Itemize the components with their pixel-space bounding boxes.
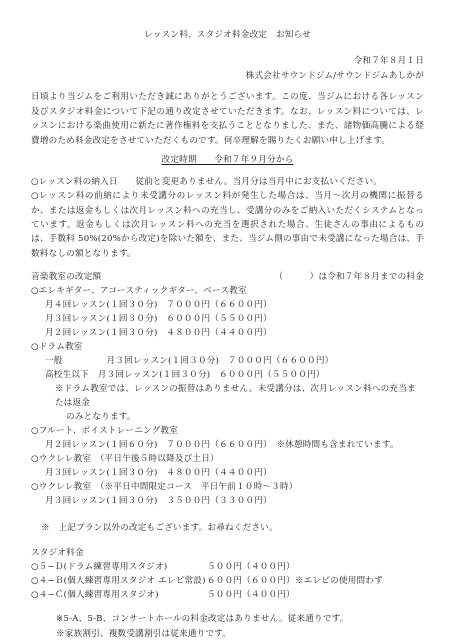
document-title: レッスン料、スタジオ料金改定 お知らせ bbox=[31, 28, 424, 42]
music-line-guitar-2: 月２回レッスン(１回３０分) ４８００円（４４００円） bbox=[31, 326, 424, 340]
payment-note: ○レッスン料の納入日 従前と変更ありません。当月分は当月中にお支払いください。 bbox=[31, 175, 424, 189]
footer-note-halls: ※5-A、5-B、コンサートホールの料金改定はありません。従来通りです。 bbox=[56, 612, 424, 627]
studio-row-4b: ○４−Ｂ(個人練習専用スタジオ エレピ常設) ６００円（６００円）※エレピの使用… bbox=[31, 574, 424, 588]
studio-label-4b: ○４−Ｂ(個人練習専用スタジオ エレピ常設) bbox=[31, 574, 207, 588]
music-line-drum-note-2: のみとなります。 bbox=[31, 410, 424, 424]
music-line-flute-2: 月２回レッスン(１回６０分) ７０００円（６６００円） ※休憩時間も含まれていま… bbox=[31, 438, 424, 452]
music-line-ukulele-3: 月３回レッスン(１回３０分) ４８００円（４４００円） bbox=[31, 466, 424, 480]
document-meta: 令和７年８月１日 株式会社サウンドジム/サウンドジムあしかが bbox=[31, 54, 424, 83]
music-line-drum-class: ○ドラム教室 bbox=[31, 340, 424, 354]
revision-heading-wrap: 改定時期 令和７年９月分から bbox=[31, 153, 424, 167]
studio-price-5d: ５００円（４００円） bbox=[207, 560, 295, 574]
music-section-title: 音楽教室の改定額 bbox=[31, 270, 101, 284]
footer-notes: ※5-A、5-B、コンサートホールの料金改定はありません。従来通りです。 ※家族… bbox=[56, 612, 424, 640]
studio-label-4c: ○４−Ｃ(個人練習専用スタジオ) bbox=[31, 588, 207, 602]
music-line-drum-student: 高校生以下 月３回レッスン(１回３０分) ６０００円（５５００円） bbox=[31, 368, 424, 382]
studio-price-4c: ５００円（４００円） bbox=[207, 588, 295, 602]
footer-note-discounts: ※家族割引、複数受講割引は従来通りです。 bbox=[56, 627, 424, 640]
music-line-guitar-4: 月４回レッスン(１回３０分) ７０００円（６６００円） bbox=[31, 298, 424, 312]
music-line-guitar-class: ○エレキギター、アコースティックギター、ベース教室 bbox=[31, 284, 424, 298]
studio-price-4b: ６００円（６００円）※エレピの使用問わず bbox=[207, 574, 383, 588]
studio-row-4c: ○４−Ｃ(個人練習専用スタジオ) ５００円（４００円） bbox=[31, 588, 424, 602]
music-line-ukulele-daytime-class: ○ウクレレ教室 （※平日中間限定コース 平日午前１０時～３時） bbox=[31, 480, 424, 494]
prepaid-note: ○レッスン料の前納により未受講分のレッスン料が発生した場合は、当月～次月の機関に… bbox=[31, 189, 424, 260]
music-section-header: 音楽教室の改定額 （ ）は令和７年８月までの料金 bbox=[31, 270, 424, 284]
other-plans-note: ※ 上記プラン以外の改定もございます。お尋ねください。 bbox=[41, 521, 424, 535]
music-line-drum-general: 一般 月３回レッスン(１回３０分) ７０００円（６６００円） bbox=[31, 354, 424, 368]
document-date: 令和７年８月１日 bbox=[31, 54, 424, 69]
music-line-guitar-3: 月３回レッスン(１回３０分) ６０００円（５５００円） bbox=[31, 312, 424, 326]
old-price-legend: （ ）は令和７年８月までの料金 bbox=[275, 270, 425, 284]
music-line-ukulele-daytime-3: 月３回レッスン(１回３０分) ３５００円（３３００円） bbox=[31, 494, 424, 508]
studio-row-5d: ○５−Ｄ(ドラム練習専用スタジオ) ５００円（４００円） bbox=[31, 560, 424, 574]
revision-heading: 改定時期 令和７年９月分から bbox=[160, 155, 296, 165]
studio-label-5d: ○５−Ｄ(ドラム練習専用スタジオ) bbox=[31, 560, 207, 574]
music-line-flute-class: ○フルート、ボイストレーニング教室 bbox=[31, 424, 424, 438]
document-page: レッスン料、スタジオ料金改定 お知らせ 令和７年８月１日 株式会社サウンドジム/… bbox=[0, 0, 452, 640]
intro-paragraph: 日頃より当ジムをご利用いただき誠にありがとうございます。この度、当ジムにおける各… bbox=[31, 90, 424, 148]
music-line-drum-note-1: ※ドラム教室では、レッスンの振替はありません。未受講分は、次月レッスン料への充当… bbox=[31, 382, 424, 410]
studio-section-title: スタジオ料金 bbox=[31, 546, 424, 560]
company-name: 株式会社サウンドジム/サウンドジムあしかが bbox=[31, 69, 424, 84]
music-line-ukulele-class: ○ウクレレ教室 （平日午後５時以降及び土日） bbox=[31, 452, 424, 466]
